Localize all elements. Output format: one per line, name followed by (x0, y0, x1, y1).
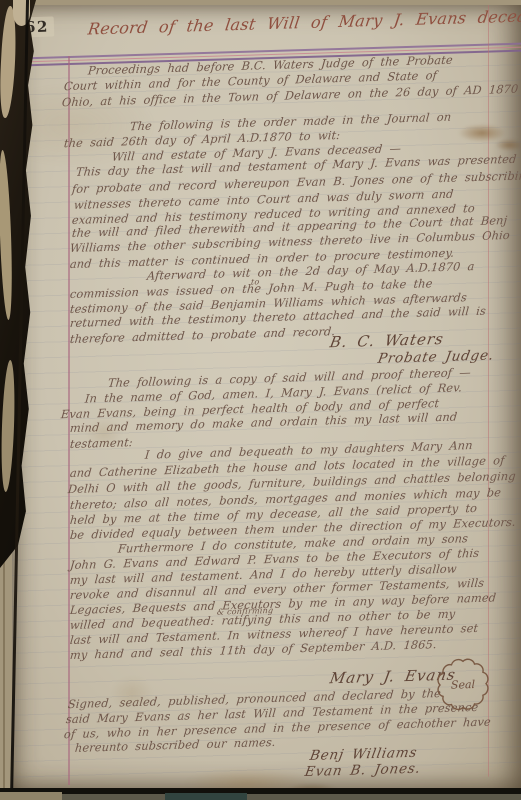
photo-canvas: Record of the last Will of Mary J. Evans… (0, 0, 521, 800)
manuscript-text-block: Record of the last Will of Mary J. Evans… (12, 5, 521, 7)
notary-seal: Seal (436, 657, 490, 713)
book-bottom-edge (0, 788, 521, 800)
seal-label: Seal (451, 678, 476, 692)
table-edge (0, 792, 62, 800)
cover-fragment (165, 793, 247, 800)
page-content: Record of the last Will of Mary J. Evans… (12, 5, 521, 791)
signature-title: Probate Judge. (377, 347, 496, 367)
signature-probate-judge: B. C. Waters (328, 330, 445, 351)
table-surface (62, 794, 521, 800)
ledger-page: Record of the last Will of Mary J. Evans… (12, 5, 521, 791)
record-title: Record of the last Will of Mary J. Evans… (87, 5, 521, 38)
under-page-edge (3, 560, 5, 792)
signature-witness-2: Evan B. Jones. (304, 761, 422, 781)
manuscript-line: testament: (69, 435, 133, 451)
